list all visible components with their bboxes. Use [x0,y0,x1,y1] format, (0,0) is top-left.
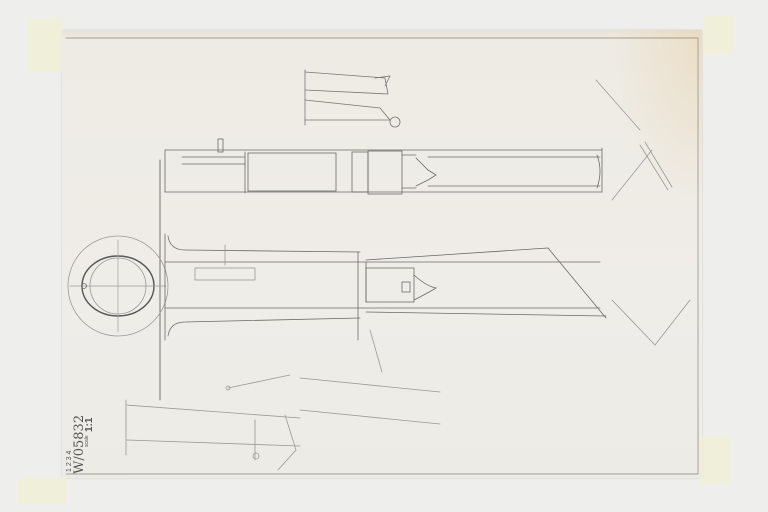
end-view [68,236,168,336]
section-view [165,234,606,340]
top-elevation [165,139,602,194]
pencil-drawing [0,0,768,512]
mechanism-sketch [126,330,440,470]
rotated-sketch [596,80,690,345]
drawing-number: W/05832 [72,415,87,474]
clip-sketch [305,70,400,127]
sheet-border [66,38,698,474]
